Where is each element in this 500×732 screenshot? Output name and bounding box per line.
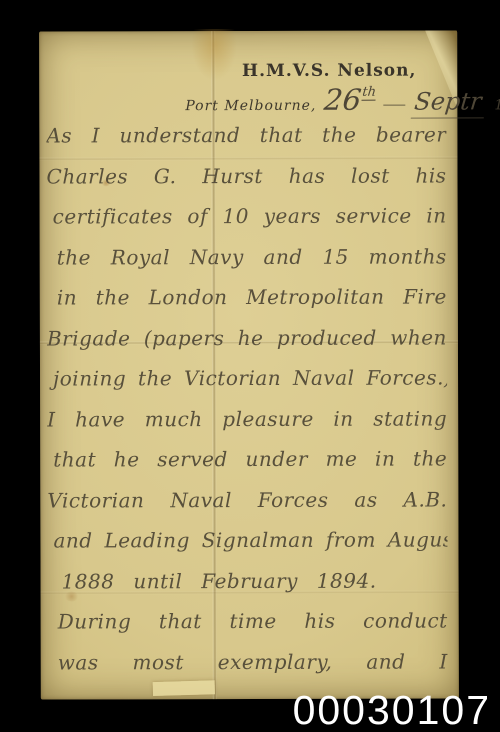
letter-line: 1888 until February 1894. [48,560,448,602]
date-underline [383,104,405,106]
letter-line: certificates of 10 years service in [47,195,447,237]
letter-line: joining the Victorian Naval Forces.) [47,357,447,399]
printed-year-prefix: 189 [494,97,500,113]
catalog-number: 00030107 [293,690,491,731]
letter-line: and Leading Signalman from August [47,519,447,561]
handwritten-day-suffix: th [361,85,376,101]
letter-paper: H.M.V.S. Nelson, Port Melbourne, 26th Se… [39,30,459,699]
letter-line: was most exemplary, and I [48,641,448,683]
handwritten-day: 26 [323,83,363,117]
place-name: Port Melbourne, [185,98,316,114]
letter-line: Charles G. Hurst has lost his [46,155,446,197]
letter-line: Brigade (papers he produced when [47,317,447,359]
letterhead-ship-name: H.M.V.S. Nelson, [199,60,459,81]
tape-residue [153,680,215,696]
letter-line: in the London Metropolitan Fire [47,276,447,318]
letter-line: the Royal Navy and 15 months [47,236,447,278]
letter-line: Victorian Naval Forces as A.B. [47,479,447,521]
letter-line: that he served under me in the [47,438,447,480]
letter-line: During that time his conduct [48,600,448,642]
letter-body: As I understand that the bearer Charles … [46,114,447,682]
letter-line: As I understand that the bearer [46,114,446,156]
photo-background: H.M.V.S. Nelson, Port Melbourne, 26th Se… [0,0,500,732]
letter-line: I have much pleasure in stating [47,398,447,440]
